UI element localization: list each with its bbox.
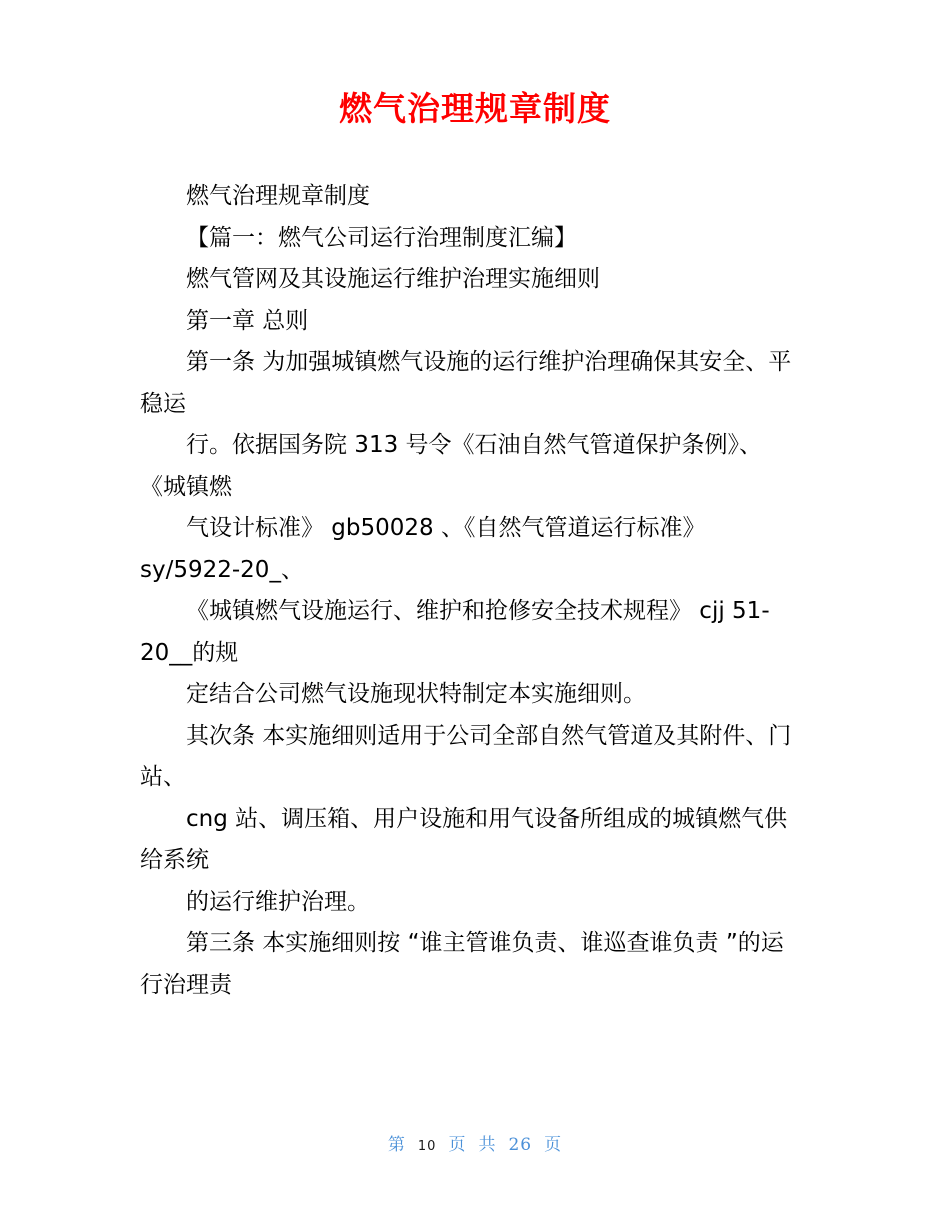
document-line: 给系统 xyxy=(140,840,850,882)
document-line: 站、 xyxy=(140,757,850,799)
document-line: 《城镇燃气设施运行、维护和抢修安全技术规程》 cjj 51- xyxy=(140,591,850,633)
document-line: 第三条 本实施细则按 “谁主管谁负责、谁巡查谁负责 ”的运 xyxy=(140,923,850,965)
document-line: 第一条 为加强城镇燃气设施的运行维护治理确保其安全、平 xyxy=(140,342,850,384)
document-body: 燃气治理规章制度 【篇一：燃气公司运行治理制度汇编】 燃气管网及其设施运行维护治… xyxy=(140,176,850,1006)
document-line: 行。依据国务院 313 号令《石油自然气管道保护条例》、 xyxy=(140,425,850,467)
document-line: sy/5922-20_、 xyxy=(140,550,850,592)
document-title: 燃气治理规章制度 xyxy=(0,0,950,127)
document-line: 气设计标准》 gb50028 、《自然气管道运行标准》 xyxy=(140,508,850,550)
document-page: 燃气治理规章制度 燃气治理规章制度 【篇一：燃气公司运行治理制度汇编】 燃气管网… xyxy=(0,0,950,1229)
document-line: cng 站、调压箱、用户设施和用气设备所组成的城镇燃气供 xyxy=(140,799,850,841)
document-line: 定结合公司燃气设施现状特制定本实施细则。 xyxy=(140,674,850,716)
document-line: 其次条 本实施细则适用于公司全部自然气管道及其附件、门 xyxy=(140,716,850,758)
footer-label-di: 第 xyxy=(388,1135,406,1155)
footer-label-gong: 共 xyxy=(478,1135,496,1155)
page-footer: 第10页共26页 xyxy=(0,1130,950,1155)
current-page-number: 10 xyxy=(418,1139,437,1154)
document-line: 燃气管网及其设施运行维护治理实施细则 xyxy=(140,259,850,301)
document-line: 的运行维护治理。 xyxy=(140,882,850,924)
footer-label-ye-2: 页 xyxy=(544,1135,562,1155)
total-page-count: 26 xyxy=(508,1135,532,1155)
document-line: 稳运 xyxy=(140,384,850,426)
document-line: 【篇一：燃气公司运行治理制度汇编】 xyxy=(140,218,850,260)
document-line: 燃气治理规章制度 xyxy=(140,176,850,218)
footer-label-ye-1: 页 xyxy=(448,1135,466,1155)
document-line: 第一章 总则 xyxy=(140,301,850,343)
document-line: 《城镇燃 xyxy=(140,467,850,509)
document-line: 行治理责 xyxy=(140,965,850,1007)
document-line: 20__的规 xyxy=(140,633,850,675)
